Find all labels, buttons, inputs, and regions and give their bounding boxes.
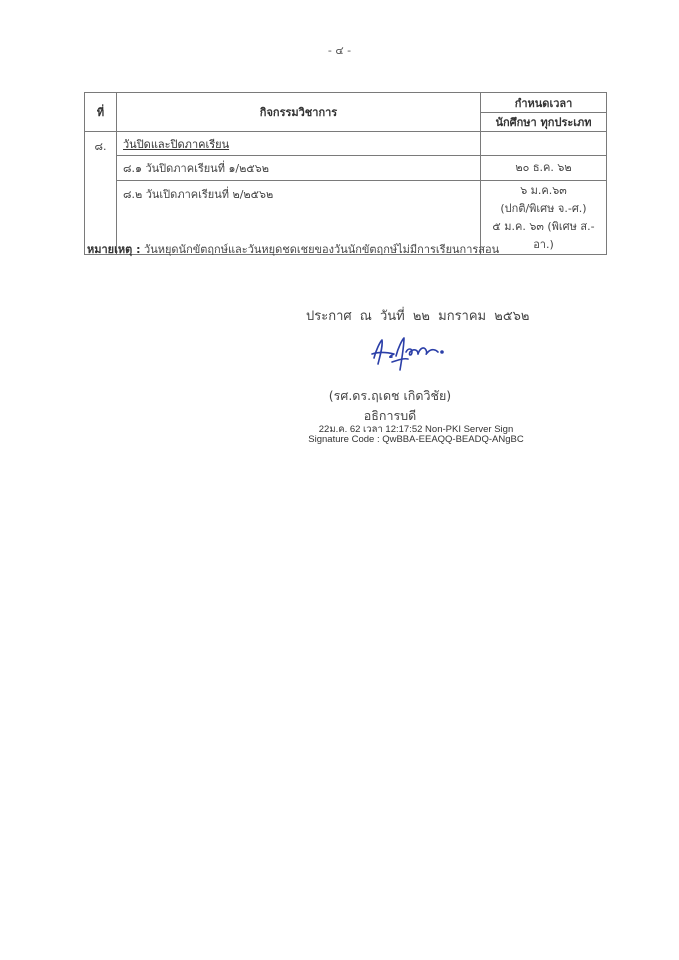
footnote-label: หมายเหตุ : (87, 243, 141, 256)
header-schedule: กำหนดเวลา (481, 93, 607, 113)
announcement-date: ประกาศ ณ วันที่ ๒๒ มกราคม ๒๕๖๒ (306, 305, 529, 326)
academic-schedule-table: ที่ กิจกรรมวิชาการ กำหนดเวลา นักศึกษา ทุ… (84, 92, 607, 255)
handwritten-signature-icon (368, 332, 458, 374)
time-line: ๕ ม.ค. ๖๓ (พิเศษ ส.-อา.) (487, 218, 600, 254)
time-cell: ๒๐ ธ.ค. ๖๒ (481, 156, 607, 181)
time-line: ๒๐ ธ.ค. ๖๒ (487, 159, 600, 177)
page-number: - ๔ - (0, 41, 679, 59)
header-activity: กิจกรรมวิชาการ (117, 93, 481, 132)
table-header-row: ที่ กิจกรรมวิชาการ กำหนดเวลา (85, 93, 607, 113)
table-row: ๘. วันปิดและปิดภาคเรียน (85, 132, 607, 156)
signature-code: Signature Code : QwBBA-EEAQQ-BEADQ-ANgBC (0, 434, 679, 445)
time-line: ๖ ม.ค.๖๓ (487, 182, 600, 200)
table-row: ๘.๑ วันปิดภาคเรียนที่ ๑/๒๕๖๒ ๒๐ ธ.ค. ๖๒ (85, 156, 607, 181)
section-time-empty (481, 132, 607, 156)
row-number: ๘. (85, 132, 117, 255)
footnote-text: วันหยุดนักขัตฤกษ์และวันหยุดชดเชยของวันนั… (144, 243, 499, 256)
time-line: (ปกติ/พิเศษ จ.-ศ.) (487, 200, 600, 218)
section-title: วันปิดและปิดภาคเรียน (117, 132, 481, 156)
footnote: หมายเหตุ : วันหยุดนักขัตฤกษ์และวันหยุดชด… (87, 240, 499, 258)
time-cell: ๖ ม.ค.๖๓ (ปกติ/พิเศษ จ.-ศ.) ๕ ม.ค. ๖๓ (พ… (481, 181, 607, 255)
header-number: ที่ (85, 93, 117, 132)
activity-cell: ๘.๑ วันปิดภาคเรียนที่ ๑/๒๕๖๒ (117, 156, 481, 181)
signer-name: (รศ.ดร.ฤเดช เกิดวิชัย) (0, 386, 679, 406)
header-schedule-students: นักศึกษา ทุกประเภท (481, 113, 607, 132)
